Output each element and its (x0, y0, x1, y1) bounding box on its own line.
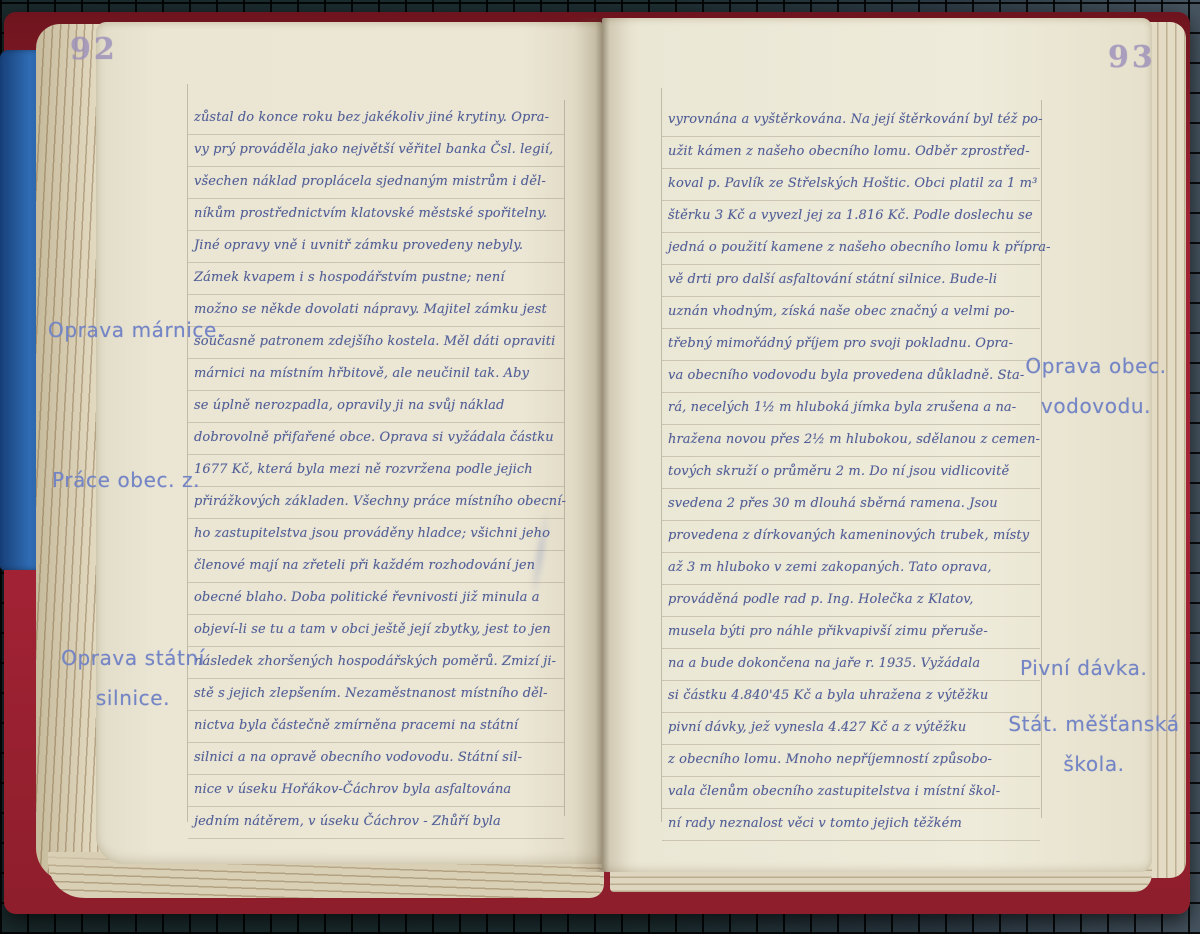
handwritten-line: možno se někde dovolati nápravy. Majitel… (188, 295, 564, 327)
handwritten-line: Jiné opravy vně i uvnitř zámku provedeny… (188, 231, 564, 263)
handwritten-line: silnici a na opravě obecního vodovodu. S… (188, 743, 564, 775)
handwritten-line: rá, necelých 1½ m hluboká jímka byla zru… (662, 393, 1040, 425)
margin-note-line: Oprava obec. (1014, 346, 1178, 386)
handwritten-line: vyrovnána a vyštěrkována. Na její štěrko… (662, 105, 1040, 137)
handwritten-line: jedná o použití kamene z našeho obecního… (662, 233, 1040, 265)
handwritten-line: členové mají na zřeteli při každém rozho… (188, 551, 564, 583)
handwritten-line: dobrovolně přifařené obce. Oprava si vyž… (188, 423, 564, 455)
margin-note-line: Pivní dávka. (1020, 648, 1147, 688)
handwritten-line: stě s jejich zlepšením. Nezaměstnanost m… (188, 679, 564, 711)
handwritten-line: objeví-li se tu a tam v obci ještě její … (188, 615, 564, 647)
handwritten-line: 1677 Kč, která byla mezi ně rozvržena po… (188, 455, 564, 487)
handwritten-line: uznán vhodným, získá naše obec značný a … (662, 297, 1040, 329)
margin-note-oprava-statni-silnice: Oprava státní silnice. (48, 638, 218, 718)
margin-note-prace-obec-z: Práce obec. z. (52, 460, 200, 500)
handwritten-line: obecné blaho. Doba politické řevnivosti … (188, 583, 564, 615)
handwritten-line: zůstal do konce roku bez jakékoliv jiné … (188, 103, 564, 135)
page-number-stamp-left: 92 (70, 32, 118, 67)
handwritten-line: vala členům obecního zastupitelstva i mí… (662, 777, 1040, 809)
handwritten-line: prováděná podle rad p. Ing. Holečka z Kl… (662, 585, 1040, 617)
handwritten-line: márnici na místním hřbitově, ale neučini… (188, 359, 564, 391)
handwritten-line: až 3 m hluboko v zemi zakopaných. Tato o… (662, 553, 1040, 585)
handwritten-line: musela býti pro náhle přikvapivší zimu p… (662, 617, 1040, 649)
book-gutter-shadow (574, 18, 630, 872)
margin-note-line: vodovodu. (1014, 386, 1178, 426)
handwritten-line: se úplně nerozpadla, opravily ji na svůj… (188, 391, 564, 423)
handwritten-line: třebný mimořádný příjem pro svoji poklad… (662, 329, 1040, 361)
handwritten-line: tových skruží o průměru 2 m. Do ní jsou … (662, 457, 1040, 489)
handwritten-text-left-page: zůstal do konce roku bez jakékoliv jiné … (188, 103, 564, 839)
margin-note-line: silnice. (48, 678, 218, 718)
handwritten-line: následek zhoršených hospodářských poměrů… (188, 647, 564, 679)
margin-note-line: Stát. měšťanská (1006, 704, 1182, 744)
margin-note-pivni-davka: Pivní dávka. (1020, 648, 1147, 688)
margin-note-oprava-marnice: Oprava márnice. (48, 310, 224, 350)
handwritten-line: jedním nátěrem, v úseku Čáchrov - Zhůří … (188, 807, 564, 839)
handwritten-line: níkům prostřednictvím klatovské městské … (188, 199, 564, 231)
handwritten-line: svedena 2 přes 30 m dlouhá sběrná ramena… (662, 489, 1040, 521)
handwritten-line: nictva byla částečně zmírněna pracemi na… (188, 711, 564, 743)
handwritten-line: současně patronem zdejšího kostela. Měl … (188, 327, 564, 359)
handwritten-line: užit kámen z našeho obecního lomu. Odběr… (662, 137, 1040, 169)
handwritten-line: provedena z dírkovaných kameninových tru… (662, 521, 1040, 553)
handwritten-line: z obecního lomu. Mnoho nepříjemností způ… (662, 745, 1040, 777)
handwritten-line: nice v úseku Hořákov-Čáchrov byla asfalt… (188, 775, 564, 807)
margin-note-line: Oprava márnice. (48, 310, 224, 350)
handwritten-line: vy prý prováděla jako největší věřitel b… (188, 135, 564, 167)
handwritten-line: pivní dávky, jež vynesla 4.427 Kč a z vý… (662, 713, 1040, 745)
handwritten-line: ní rady neznalost věci v tomto jejich tě… (662, 809, 1040, 841)
margin-rule-left-column-right (564, 100, 565, 816)
handwritten-line: ho zastupitelstva jsou prováděny hladce;… (188, 519, 564, 551)
handwritten-line: vě drti pro další asfaltování státní sil… (662, 265, 1040, 297)
margin-note-line: škola. (1006, 744, 1182, 784)
handwritten-text-right-page: vyrovnána a vyštěrkována. Na její štěrko… (662, 105, 1040, 841)
margin-note-stat-mestanska-skola: Stát. měšťanská škola. (1006, 704, 1182, 784)
handwritten-line: si částku 4.840'45 Kč a byla uhražena z … (662, 681, 1040, 713)
handwritten-line: hražena novou přes 2½ m hlubokou, sdělan… (662, 425, 1040, 457)
handwritten-line: Zámek kvapem i s hospodářstvím pustne; n… (188, 263, 564, 295)
handwritten-line: všechen náklad proplácela sjednaným mist… (188, 167, 564, 199)
photo-of-chronicle-book: 92 93 zůstal do konce roku bez jakékoliv… (0, 0, 1200, 934)
handwritten-line: přirážkových základen. Všechny práce mís… (188, 487, 564, 519)
handwritten-line: koval p. Pavlík ze Střelských Hoštic. Ob… (662, 169, 1040, 201)
page-number-stamp-right: 93 (1108, 40, 1156, 75)
handwritten-line: na a bude dokončena na jaře r. 1935. Vyž… (662, 649, 1040, 681)
margin-note-line: Oprava státní (48, 638, 218, 678)
handwritten-line: štěrku 3 Kč a vyvezl jej za 1.816 Kč. Po… (662, 201, 1040, 233)
margin-note-oprava-obec-vodovodu: Oprava obec. vodovodu. (1014, 346, 1178, 426)
handwritten-line: va obecního vodovodu byla provedena důkl… (662, 361, 1040, 393)
margin-note-line: Práce obec. z. (52, 460, 200, 500)
